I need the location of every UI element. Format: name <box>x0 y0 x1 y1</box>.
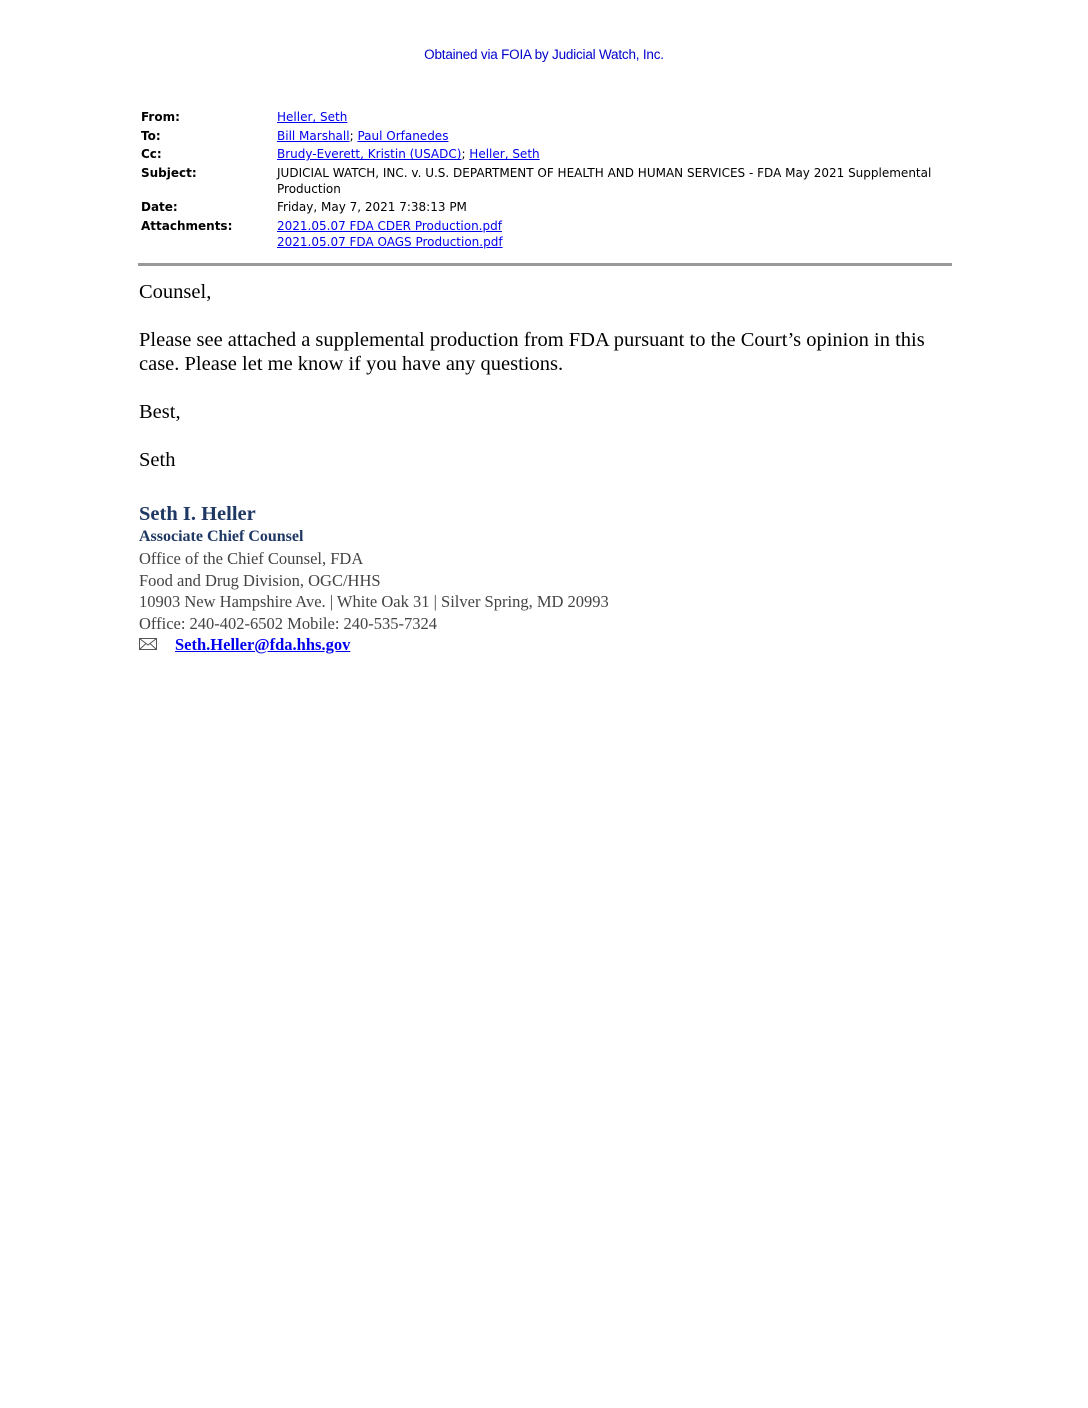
greeting: Counsel, <box>139 280 211 304</box>
from-value: Heller, Seth <box>277 109 957 125</box>
cc-link-1[interactable]: Brudy-Everett, Kristin (USADC) <box>277 147 461 161</box>
date-label: Date: <box>141 199 277 215</box>
date-value: Friday, May 7, 2021 7:38:13 PM <box>277 199 957 215</box>
to-value: Bill Marshall; Paul Orfanedes <box>277 128 957 144</box>
to-row: To: Bill Marshall; Paul Orfanedes <box>141 128 957 144</box>
signature-block: Seth I. Heller Associate Chief Counsel O… <box>139 502 609 655</box>
body-paragraph: Please see attached a supplemental produ… <box>139 328 959 376</box>
date-row: Date: Friday, May 7, 2021 7:38:13 PM <box>141 199 957 215</box>
from-label: From: <box>141 109 277 125</box>
cc-value: Brudy-Everett, Kristin (USADC); Heller, … <box>277 146 957 162</box>
email-header: From: Heller, Seth To: Bill Marshall; Pa… <box>141 109 957 250</box>
document-page: Obtained via FOIA by Judicial Watch, Inc… <box>0 0 1088 1408</box>
envelope-icon <box>139 634 175 655</box>
attachments-label: Attachments: <box>141 218 277 250</box>
cc-label: Cc: <box>141 146 277 162</box>
signature-office: Office of the Chief Counsel, FDA <box>139 548 609 570</box>
cc-link-2[interactable]: Heller, Seth <box>469 147 539 161</box>
signature-email-row: Seth.Heller@fda.hhs.gov <box>139 634 609 655</box>
header-divider <box>138 263 952 266</box>
attachments-row: Attachments: 2021.05.07 FDA CDER Product… <box>141 218 957 250</box>
sign-off-name: Seth <box>139 448 175 472</box>
attachments-list: 2021.05.07 FDA CDER Production.pdf 2021.… <box>277 218 957 250</box>
subject-value: JUDICIAL WATCH, INC. v. U.S. DEPARTMENT … <box>277 165 957 197</box>
to-link-2[interactable]: Paul Orfanedes <box>357 129 448 143</box>
to-link-1[interactable]: Bill Marshall <box>277 129 350 143</box>
signature-title: Associate Chief Counsel <box>139 526 609 548</box>
signature-email-link[interactable]: Seth.Heller@fda.hhs.gov <box>175 634 350 655</box>
cc-row: Cc: Brudy-Everett, Kristin (USADC); Hell… <box>141 146 957 162</box>
attachment-link-1[interactable]: 2021.05.07 FDA CDER Production.pdf <box>277 218 957 234</box>
signature-address: 10903 New Hampshire Ave. | White Oak 31 … <box>139 591 609 613</box>
signature-phones: Office: 240-402-6502 Mobile: 240-535-732… <box>139 613 609 635</box>
from-row: From: Heller, Seth <box>141 109 957 125</box>
subject-label: Subject: <box>141 165 277 197</box>
signature-name: Seth I. Heller <box>139 502 609 526</box>
subject-row: Subject: JUDICIAL WATCH, INC. v. U.S. DE… <box>141 165 957 197</box>
from-link[interactable]: Heller, Seth <box>277 110 347 124</box>
foia-banner: Obtained via FOIA by Judicial Watch, Inc… <box>0 47 1088 62</box>
attachment-link-2[interactable]: 2021.05.07 FDA OAGS Production.pdf <box>277 234 957 250</box>
to-label: To: <box>141 128 277 144</box>
signature-division: Food and Drug Division, OGC/HHS <box>139 570 609 592</box>
closing: Best, <box>139 400 181 424</box>
